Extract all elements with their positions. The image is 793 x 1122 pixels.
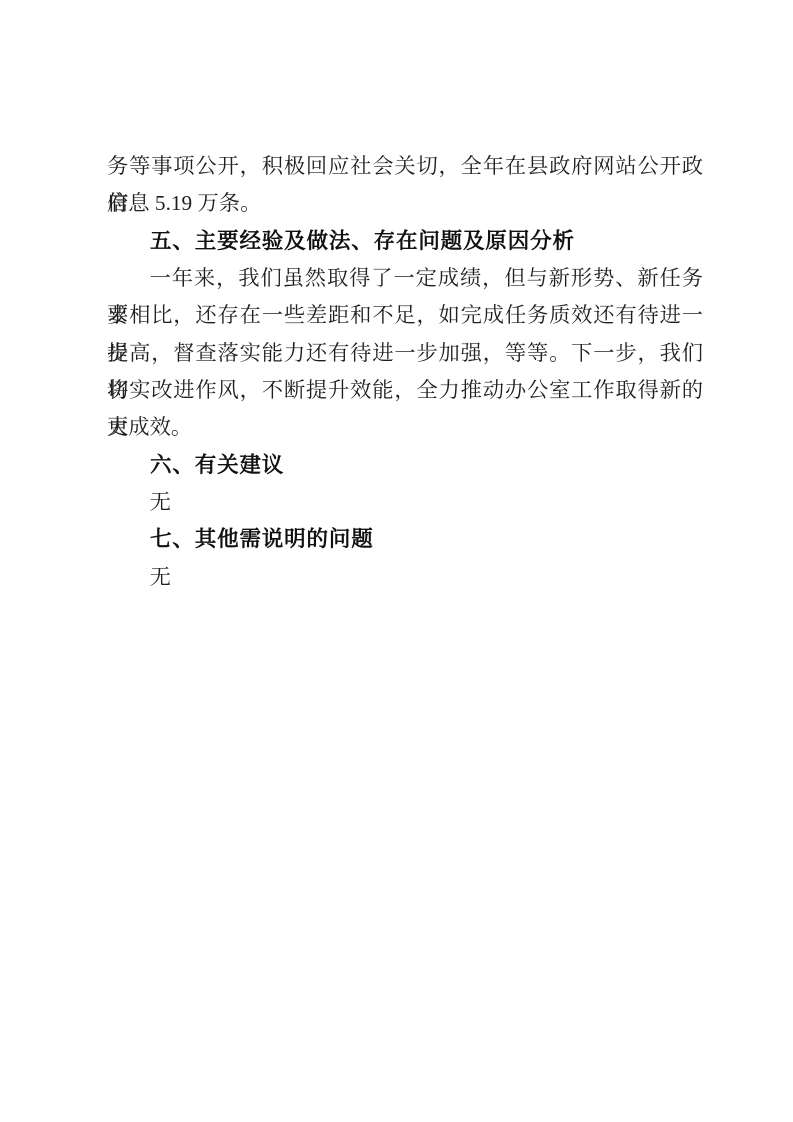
body-line: 求相比，还存在一些差距和不足，如完成任务质效还有待进一步 [107,297,703,334]
body-line: 务等事项公开，积极回应社会关切，全年在县政府网站公开政府 [107,148,703,185]
body-line: 无 [107,559,703,596]
section-heading-7: 七、其他需说明的问题 [107,521,703,558]
body-line: 一年来，我们虽然取得了一定成绩，但与新形势、新任务要 [107,260,703,297]
body-line: 切实改进作风，不断提升效能，全力推动办公室工作取得新的更 [107,372,703,409]
section-heading-6: 六、有关建议 [107,447,703,484]
section-heading-5: 五、主要经验及做法、存在问题及原因分析 [107,223,703,260]
body-line: 提高，督查落实能力还有待进一步加强，等等。下一步，我们将 [107,335,703,372]
document-page: 务等事项公开，积极回应社会关切，全年在县政府网站公开政府 信息 5.19 万条。… [0,0,793,1122]
body-line: 大成效。 [107,409,703,446]
body-line: 无 [107,484,703,521]
body-line: 信息 5.19 万条。 [107,185,703,222]
document-text-block: 务等事项公开，积极回应社会关切，全年在县政府网站公开政府 信息 5.19 万条。… [107,148,703,596]
